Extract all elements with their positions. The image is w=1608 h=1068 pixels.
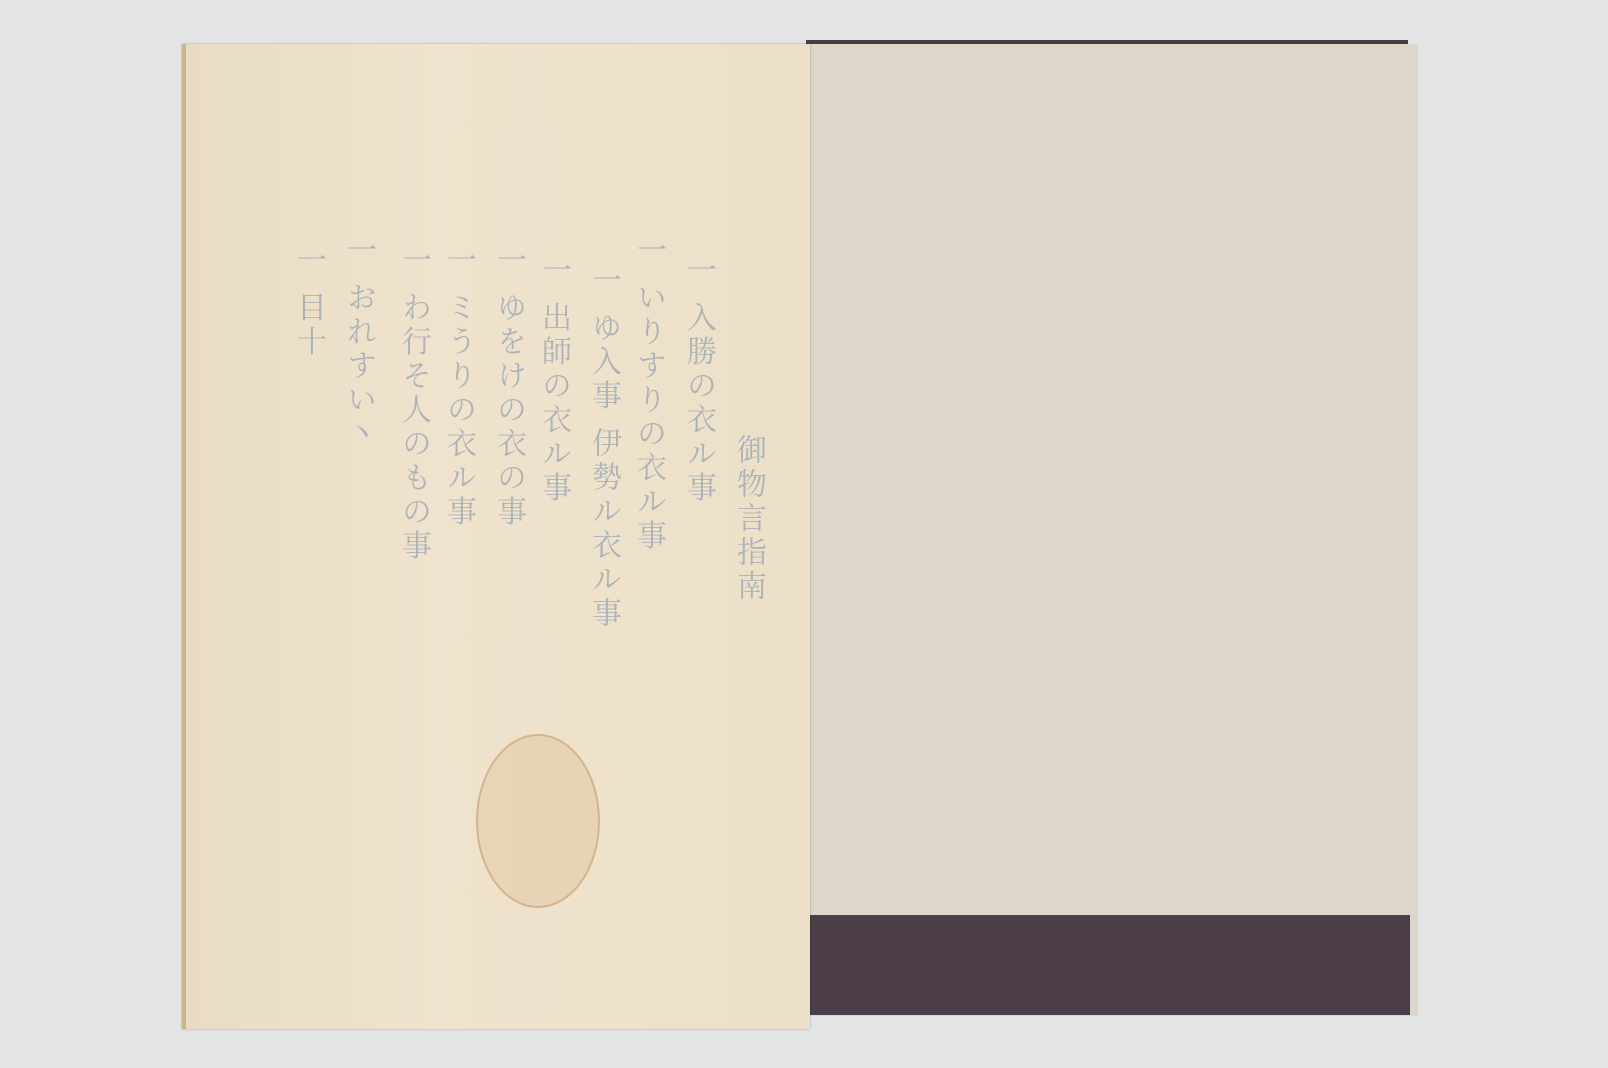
text-column: 一 ゆ入事 伊勢ル衣ル事 [581,264,625,631]
text-column: 一 目十 [286,244,330,360]
right-page [806,44,1418,1016]
text-column: 一 いりすりの衣ル事 [626,234,670,554]
left-page: 御物言指南 一 入勝の衣ル事 一 いりすりの衣ル事 一 ゆ入事 伊勢ル衣ル事 一… [182,44,810,1029]
text-column: 一 おれすい丶 [336,234,380,452]
text-column: 一 出師の衣ル事 [531,254,575,506]
text-column: 一 ミうりの衣ル事 [436,244,480,530]
text-column: 一 わ行そ人のもの事 [391,244,435,564]
text-column: 御物言指南 [726,434,770,604]
water-stain [476,734,600,908]
text-column: 一 ゆをけの衣の事 [486,244,530,530]
cover-band-bottom [810,915,1410,1015]
text-column: 一 入勝の衣ル事 [676,254,720,506]
